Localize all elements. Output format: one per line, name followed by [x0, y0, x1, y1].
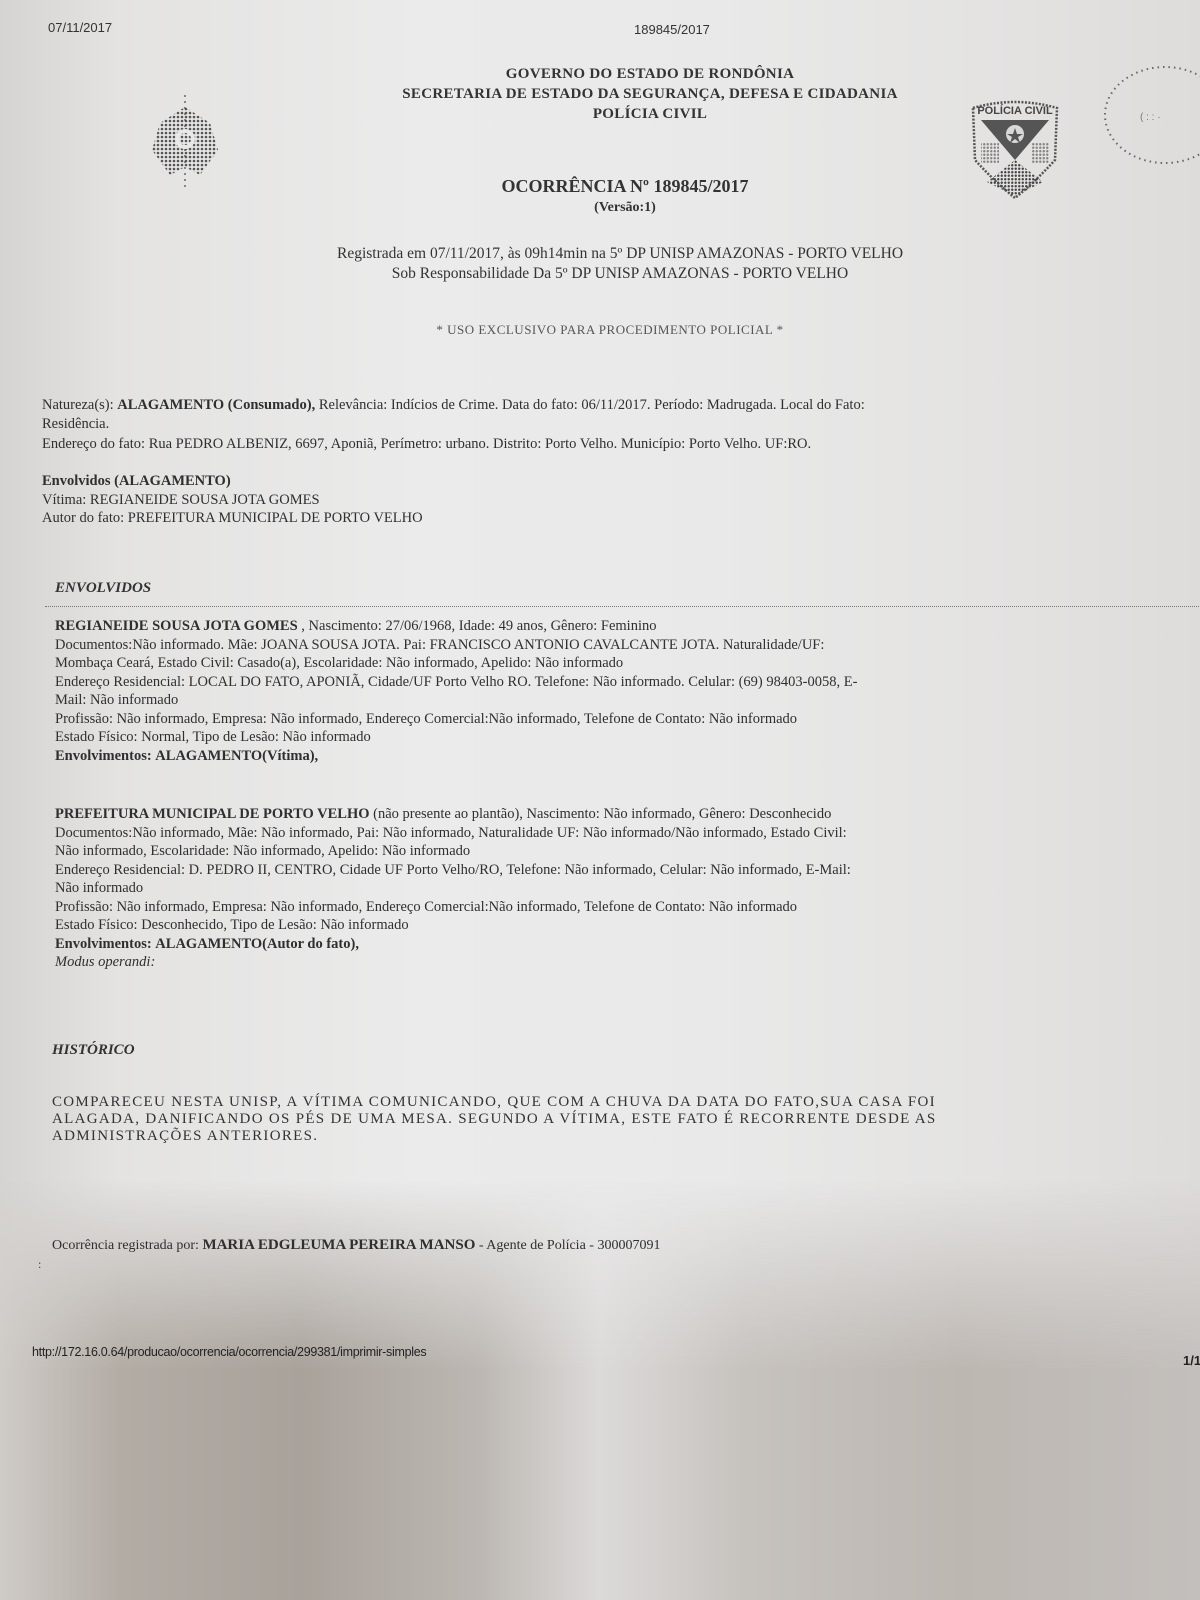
section-divider: [45, 606, 1200, 607]
exclusive-use-notice: * USO EXCLUSIVO PARA PROCEDIMENTO POLICI…: [0, 322, 1200, 338]
person-1-involvement-label: Envolvimentos:: [55, 748, 152, 764]
person-1-line: Mombaça Ceará, Estado Civil: Casado(a), …: [55, 654, 857, 673]
person-2-name: PREFEITURA MUNICIPAL DE PORTO VELHO: [55, 806, 370, 822]
page-number: 1/1: [1183, 1353, 1200, 1368]
stray-mark: :: [38, 1257, 41, 1272]
registration-info: Registrada em 07/11/2017, às 09h14min na…: [0, 244, 1200, 284]
print-date: 07/11/2017: [48, 20, 112, 35]
occurrence-title: OCORRÊNCIA Nº 189845/2017: [0, 176, 1200, 197]
person-1-line: Estado Físico: Normal, Tipo de Lesão: Nã…: [55, 728, 857, 747]
letterhead: GOVERNO DO ESTADO DE RONDÔNIA SECRETARIA…: [0, 64, 1200, 124]
person-1-birth: , Nascimento: 27/06/1968, Idade: 49 anos…: [298, 618, 657, 634]
print-url: http://172.16.0.64/producao/ocorrencia/o…: [32, 1345, 426, 1359]
modus-operandi: Modus operandi:: [55, 953, 851, 972]
person-1-involvement: ALAGAMENTO(Vítima),: [155, 748, 318, 764]
person-2-line: Estado Físico: Desconhecido, Tipo de Les…: [55, 916, 851, 935]
nature-block: Natureza(s): ALAGAMENTO (Consumado), Rel…: [42, 396, 865, 454]
person-2-line: Endereço Residencial: D. PEDRO II, CENTR…: [55, 861, 851, 880]
occurrence-version: (Versão:1): [0, 200, 1200, 216]
registered-by-name: MARIA EDGLEUMA PEREIRA MANSO: [202, 1237, 475, 1253]
print-doc-number: 189845/2017: [634, 22, 710, 37]
person-1-line: Documentos:Não informado. Mãe: JOANA SOU…: [55, 636, 857, 655]
responsibility-line: Sob Responsabilidade Da 5º DP UNISP AMAZ…: [0, 264, 1200, 284]
registered-by-role: - Agente de Polícia - 300007091: [479, 1238, 661, 1253]
involved-section-title: ENVOLVIDOS: [55, 580, 151, 597]
victim-line: Vítima: REGIANEIDE SOUSA JOTA GOMES: [42, 491, 423, 510]
person-1-line: Profissão: Não informado, Empresa: Não i…: [55, 710, 857, 729]
involved-summary-title: Envolvidos (ALAGAMENTO): [42, 472, 423, 491]
person-2-involvement-label: Envolvimentos:: [55, 936, 152, 952]
nature-line-2: Residência.: [42, 415, 865, 434]
registered-by-label: Ocorrência registrada por:: [52, 1238, 199, 1253]
person-1-name: REGIANEIDE SOUSA JOTA GOMES: [55, 618, 298, 634]
involved-summary: Envolvidos (ALAGAMENTO) Vítima: REGIANEI…: [42, 472, 423, 528]
person-1-line: Endereço Residencial: LOCAL DO FATO, APO…: [55, 673, 857, 692]
letterhead-government: GOVERNO DO ESTADO DE RONDÔNIA: [0, 64, 1200, 84]
registered-line: Registrada em 07/11/2017, às 09h14min na…: [0, 244, 1200, 264]
letterhead-secretariat: SECRETARIA DE ESTADO DA SEGURANÇA, DEFES…: [0, 84, 1200, 104]
person-2-birth: (não presente ao plantão), Nascimento: N…: [370, 806, 832, 822]
nature-line: Natureza(s): ALAGAMENTO (Consumado), Rel…: [42, 396, 865, 415]
history-title: HISTÓRICO: [52, 1042, 135, 1059]
person-1: REGIANEIDE SOUSA JOTA GOMES , Nascimento…: [55, 617, 857, 765]
fact-address: Endereço do fato: Rua PEDRO ALBENIZ, 669…: [42, 435, 865, 454]
nature-label: Natureza(s):: [42, 397, 114, 413]
person-2-line: Documentos:Não informado, Mãe: Não infor…: [55, 824, 851, 843]
history-text: COMPARECEU NESTA UNISP, A VÍTIMA COMUNIC…: [52, 1094, 937, 1145]
person-2-line: Profissão: Não informado, Empresa: Não i…: [55, 898, 851, 917]
nature-value: ALAGAMENTO (Consumado),: [117, 397, 315, 413]
history-line: ALAGADA, DANIFICANDO OS PÉS DE UMA MESA.…: [52, 1111, 937, 1128]
history-line: ADMINISTRAÇÕES ANTERIORES.: [52, 1128, 937, 1145]
person-2-involvement: ALAGAMENTO(Autor do fato),: [155, 936, 359, 952]
person-1-line: Mail: Não informado: [55, 691, 857, 710]
person-2: PREFEITURA MUNICIPAL DE PORTO VELHO (não…: [55, 805, 851, 972]
person-2-line: Não informado, Escolaridade: Não informa…: [55, 842, 851, 861]
person-2-line: Não informado: [55, 879, 851, 898]
nature-details: Relevância: Indícios de Crime. Data do f…: [319, 397, 865, 413]
registered-by: Ocorrência registrada por: MARIA EDGLEUM…: [52, 1236, 660, 1256]
author-line: Autor do fato: PREFEITURA MUNICIPAL DE P…: [42, 509, 423, 528]
history-line: COMPARECEU NESTA UNISP, A VÍTIMA COMUNIC…: [52, 1094, 937, 1111]
letterhead-department: POLÍCIA CIVIL: [0, 104, 1200, 124]
